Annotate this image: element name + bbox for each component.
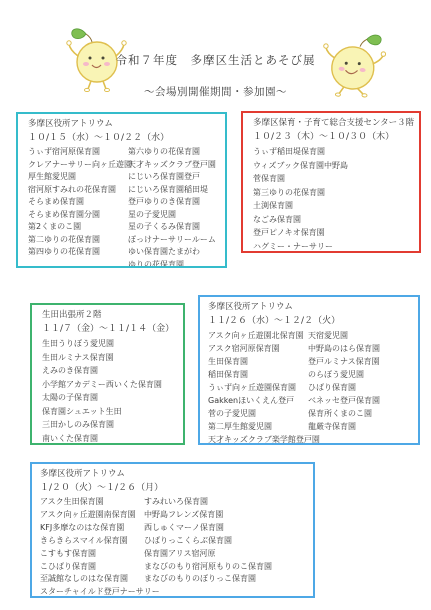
participant-list: アスク生田保育園アスク向ヶ丘遊園南保育園KFJ多摩なのはな保育園きらきらスマイル…: [40, 496, 313, 598]
venue-box-atrium-november: 多摩区役所アトリウム １１/２６（水）～１２/２（火） アスク向ヶ丘遊園北保育園…: [198, 295, 420, 445]
participant-name: 生田うりぼう愛児園: [42, 337, 162, 351]
participant-name: そらまめ保育園: [28, 196, 128, 209]
participant-name: 保育園シュエット生田: [42, 405, 162, 419]
venue-name: 多摩区保育・子育て総合支援センター３階: [253, 117, 419, 130]
participant-column: 天宿愛児園中野島のはら保育園登戸ルミナス保育園のらぼう愛児園ひばり保育園ベネッセ…: [308, 329, 380, 433]
participant-name: えみのき保育園: [42, 364, 162, 378]
participant-name: アスク宿河原保育園: [208, 342, 308, 355]
participant-name: 第二ゆりの花保育園: [28, 234, 128, 247]
participant-name: 稲田保育園: [208, 368, 308, 381]
participant-name: スターチャイルド登戸ナーサリー: [40, 586, 144, 598]
participant-column: アスク生田保育園アスク向ヶ丘遊園南保育園KFJ多摩なのはな保育園きらきらスマイル…: [40, 496, 144, 598]
venue-period: １０/１５（水）～１０/２２（水）: [28, 131, 225, 146]
page-subtitle: ～会場別開催期間・参加園～: [0, 84, 431, 99]
participant-list: アスク向ヶ丘遊園北保育園アスク宿河原保育園生田保育園稲田保育園うぃず向ヶ丘遊園保…: [208, 329, 418, 445]
participant-column: すみれいろ保育園中野島フレンズ保育園西しゅくマーノ保育園ひばりっこくらぶ保育園保…: [144, 496, 272, 586]
participant-name: 天宿愛児園: [308, 329, 380, 342]
participant-name: 中野島フレンズ保育園: [144, 509, 272, 522]
page-title: 令和７年度 多摩区生活とあそび展: [0, 52, 431, 68]
participant-name: 保育所くまのこ園: [308, 407, 380, 420]
participant-name: 小学館アカデミー西いくた保育園: [42, 378, 162, 392]
venue-box-atrium-october: 多摩区役所アトリウム １０/１５（水）～１０/２２（水） うぃず宿河原保育園クレ…: [16, 112, 227, 268]
venue-box-atrium-january: 多摩区役所アトリウム １/２０（火）～１/２６（月） アスク生田保育園アスク向ヶ…: [30, 462, 315, 598]
venue-name: 多摩区役所アトリウム: [208, 301, 418, 314]
participant-name: 南いくた保育園: [42, 432, 162, 446]
venue-period: １/２０（火）～１/２６（月）: [40, 481, 313, 496]
participant-name: こひばり保育園: [40, 561, 144, 574]
participant-name: 菅の子愛児園: [208, 407, 308, 420]
participant-name: そらまめ保育園分園: [28, 209, 128, 222]
participant-column: 生田うりぼう愛児園生田ルミナス保育園えみのき保育園小学館アカデミー西いくた保育園…: [42, 337, 162, 445]
venue-period: １１/２６（水）～１２/２（火）: [208, 314, 418, 329]
participant-name: クレアナーサリー向ヶ丘遊園: [28, 159, 128, 172]
participant-name: うぃず向ヶ丘遊園保育園: [208, 381, 308, 394]
venue-name: 多摩区役所アトリウム: [28, 118, 225, 131]
participant-name: 厚生館愛児園: [28, 171, 128, 184]
participant-name: 太陽の子保育園: [42, 391, 162, 405]
participant-name: ひばり保育園: [308, 381, 380, 394]
participant-name: うぃず宿河原保育園: [28, 146, 128, 159]
participant-name: ベネッセ登戸保育園: [308, 394, 380, 407]
participant-name: まなびのもり宿河原もりのこ保育園: [144, 561, 272, 574]
participant-name: 土渕保育園: [253, 199, 348, 213]
participant-name: Gakkenほいくえん登戸: [208, 394, 308, 407]
participant-name: まなびのもりのぼりっこ保育園: [144, 573, 272, 586]
participant-name: きらきらスマイル保育園: [40, 535, 144, 548]
venue-name: 生田出張所２階: [42, 309, 183, 322]
participant-name: 生田保育園: [208, 355, 308, 368]
participant-name: ひばりっこくらぶ保育園: [144, 535, 272, 548]
participant-column: うぃず宿河原保育園クレアナーサリー向ヶ丘遊園厚生館愛児園宿河原すみれの花保育園そ…: [28, 146, 128, 259]
participant-name: 第三ゆりの花保育園: [253, 186, 348, 200]
venue-period: １１/７（金）～１１/１４（金）: [42, 322, 183, 337]
participant-name: ゆい保育園たまがわ: [128, 246, 216, 259]
participant-name: KFJ多摩なのはな保育園: [40, 522, 144, 535]
participant-name: すみれいろ保育園: [144, 496, 272, 509]
participant-name: 第2くまのこ園: [28, 221, 128, 234]
participant-name: なごみ保育園: [253, 213, 348, 227]
participant-list: うぃず稲田堤保育園ウィズブック保育園中野島菅保育園第三ゆりの花保育園土渕保育園な…: [253, 145, 419, 253]
participant-name: ゆりの花保育園: [128, 259, 216, 269]
participant-name: アスク向ヶ丘遊園北保育園: [208, 329, 308, 342]
participant-name: 第六ゆりの花保育園: [128, 146, 216, 159]
venue-period: １０/２３（木）～１０/３０（木）: [253, 130, 419, 145]
participant-name: にじいろ保育園登戸: [128, 171, 216, 184]
participant-name: ハグミー・ナーサリー: [253, 240, 348, 254]
participant-name: 星の子くるみ保育園: [128, 221, 216, 234]
participant-name: 龍厳寺保育園: [308, 420, 380, 433]
flyer-page: 令和７年度 多摩区生活とあそび展 ～会場別開催期間・参加園～ 多摩区役所アトリウ…: [0, 0, 431, 610]
participant-column: うぃず稲田堤保育園ウィズブック保育園中野島菅保育園第三ゆりの花保育園土渕保育園な…: [253, 145, 348, 253]
venue-box-support-center: 多摩区保育・子育て総合支援センター３階 １０/２３（木）～１０/３０（木） うぃ…: [241, 111, 421, 253]
participant-name: 第四ゆりの花保育園: [28, 246, 128, 259]
participant-list: 生田うりぼう愛児園生田ルミナス保育園えみのき保育園小学館アカデミー西いくた保育園…: [42, 337, 183, 445]
participant-name: 生田ルミナス保育園: [42, 351, 162, 365]
participant-name: にじいろ保育園稲田堤: [128, 184, 216, 197]
participant-name: アスク向ヶ丘遊園南保育園: [40, 509, 144, 522]
participant-name: 菅保育園: [253, 172, 348, 186]
participant-name: アスク生田保育園: [40, 496, 144, 509]
participant-name: 西しゅくマーノ保育園: [144, 522, 272, 535]
participant-name: ぽっけナーサリールーム: [128, 234, 216, 247]
participant-name: 登戸ゆりのき保育園: [128, 196, 216, 209]
participant-column: 第六ゆりの花保育園天才キッズクラブ登戸園にじいろ保育園登戸にじいろ保育園稲田堤登…: [128, 146, 216, 268]
participant-name: 保育園アリス宿河原: [144, 548, 272, 561]
participant-name: ウィズブック保育園中野島: [253, 159, 348, 173]
participant-name: 至誠館なしのはな保育園: [40, 573, 144, 586]
participant-name: のらぼう愛児園: [308, 368, 380, 381]
participant-name: 登戸ルミナス保育園: [308, 355, 380, 368]
participant-name: 天才キッズクラブ楽学館登戸園: [208, 433, 308, 445]
participant-column: アスク向ヶ丘遊園北保育園アスク宿河原保育園生田保育園稲田保育園うぃず向ヶ丘遊園保…: [208, 329, 308, 445]
participant-name: こすもす保育園: [40, 548, 144, 561]
participant-list: うぃず宿河原保育園クレアナーサリー向ヶ丘遊園厚生館愛児園宿河原すみれの花保育園そ…: [28, 146, 225, 268]
participant-name: 三田かしのみ保育園: [42, 418, 162, 432]
participant-name: 星の子愛児園: [128, 209, 216, 222]
participant-name: 中野島のはら保育園: [308, 342, 380, 355]
venue-name: 多摩区役所アトリウム: [40, 468, 313, 481]
participant-name: うぃず稲田堤保育園: [253, 145, 348, 159]
participant-name: 第二厚生館愛児園: [208, 420, 308, 433]
participant-name: 天才キッズクラブ登戸園: [128, 159, 216, 172]
venue-box-ikuta-branch: 生田出張所２階 １１/７（金）～１１/１４（金） 生田うりぼう愛児園生田ルミナス…: [30, 303, 185, 445]
participant-name: 宿河原すみれの花保育園: [28, 184, 128, 197]
participant-name: 登戸ピノキオ保育園: [253, 226, 348, 240]
